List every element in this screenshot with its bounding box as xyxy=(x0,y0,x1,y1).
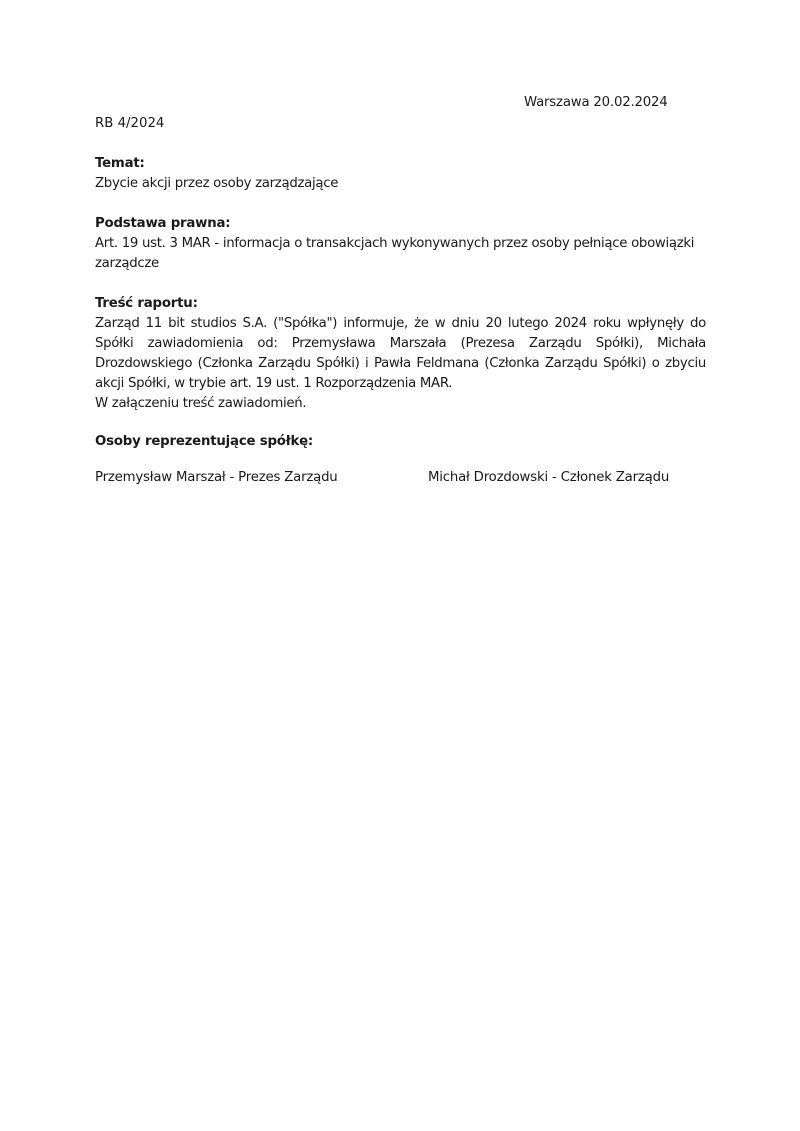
report-content-heading: Treść raportu: xyxy=(95,294,706,314)
report-number: RB 4/2024 xyxy=(95,116,164,131)
attachment-note: W załączeniu treść zawiadomień. xyxy=(95,394,706,414)
signatory-president: Przemysław Marszał - Prezes Zarządu xyxy=(95,470,338,485)
representatives-section: Osoby reprezentujące spółkę: xyxy=(95,432,706,452)
legal-basis-heading: Podstawa prawna: xyxy=(95,214,706,234)
subject-heading: Temat: xyxy=(95,154,706,174)
place-date: Warszawa 20.02.2024 xyxy=(524,95,668,110)
report-content-section: Treść raportu: Zarząd 11 bit studios S.A… xyxy=(95,294,706,414)
subject-section: Temat: Zbycie akcji przez osoby zarządza… xyxy=(95,154,706,194)
signatory-board-member: Michał Drozdowski - Członek Zarządu xyxy=(428,470,669,485)
subject-text: Zbycie akcji przez osoby zarządzające xyxy=(95,174,706,194)
representatives-heading: Osoby reprezentujące spółkę: xyxy=(95,432,706,452)
legal-basis-section: Podstawa prawna: Art. 19 ust. 3 MAR - in… xyxy=(95,214,706,274)
legal-basis-text: Art. 19 ust. 3 MAR - informacja o transa… xyxy=(95,234,706,274)
document-page: Warszawa 20.02.2024 RB 4/2024 Temat: Zby… xyxy=(0,0,800,1131)
report-content-paragraph: Zarząd 11 bit studios S.A. ("Spółka") in… xyxy=(95,314,706,394)
